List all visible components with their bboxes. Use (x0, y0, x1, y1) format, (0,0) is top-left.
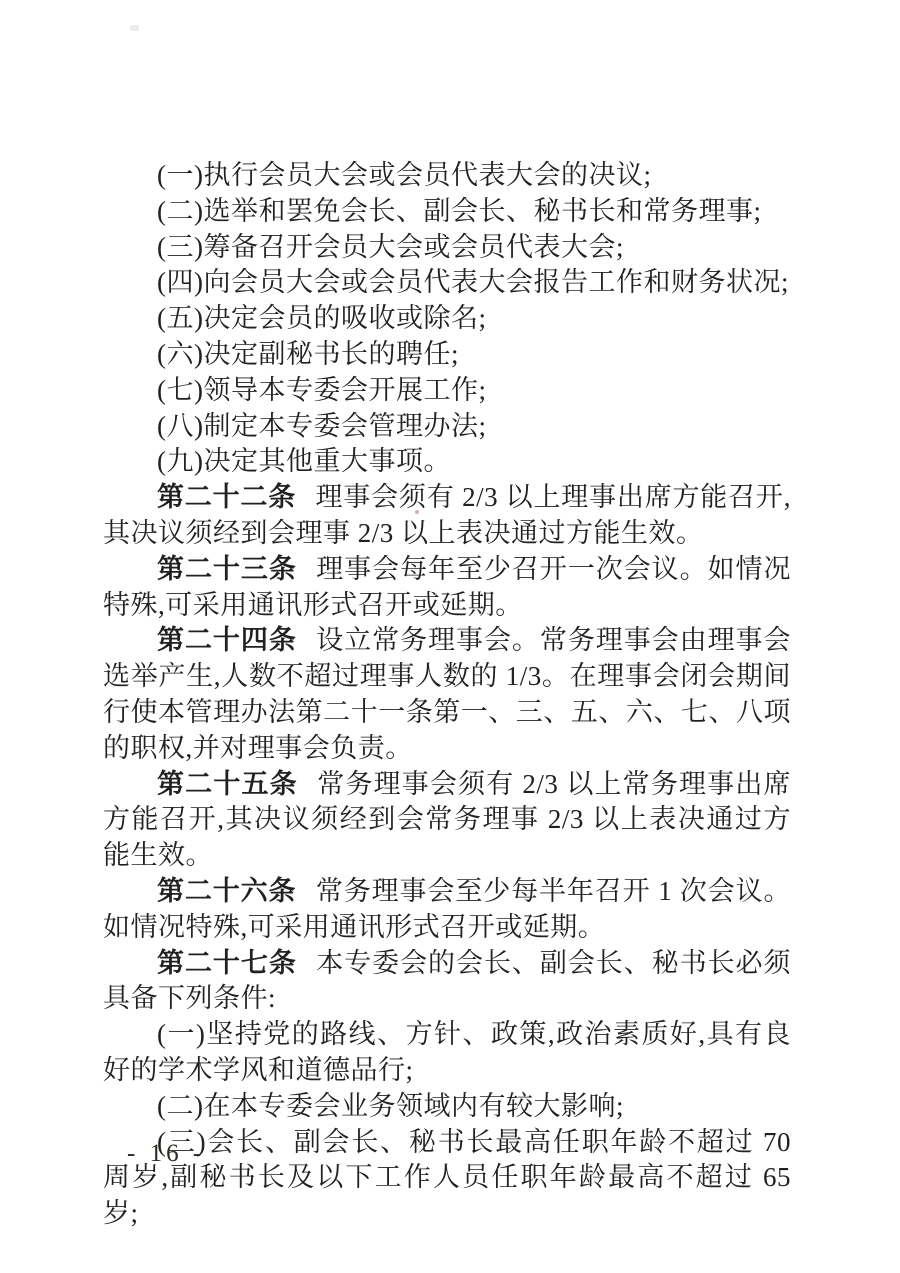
article-number: 第二十七条 (157, 948, 297, 978)
article-paragraph: 第二十四条设立常务理事会。常务理事会由理事会选举产生,人数不超过理事人数的 1/… (103, 623, 791, 766)
paragraph-text: (八)制定本专委会管理办法; (157, 411, 486, 441)
list-item-paragraph: (三)筹备召开会员大会或会员代表大会; (103, 230, 791, 266)
paragraph-text: (六)决定副秘书长的聘任; (157, 339, 459, 369)
scan-speck (415, 510, 419, 514)
paragraph-text: (九)决定其他重大事项。 (157, 446, 451, 476)
list-item-paragraph: (一)坚持党的路线、方针、政策,政治素质好,具有良好的学术学风和道德品行; (103, 1017, 791, 1089)
article-paragraph: 第二十五条常务理事会须有 2/3 以上常务理事出席方能召开,其决议须经到会常务理… (103, 767, 791, 874)
list-item-paragraph: (五)决定会员的吸收或除名; (103, 301, 791, 337)
list-item-paragraph: (一)执行会员大会或会员代表大会的决议; (103, 158, 791, 194)
list-item-paragraph: (四)向会员大会或会员代表大会报告工作和财务状况; (103, 265, 791, 301)
document-body: (一)执行会员大会或会员代表大会的决议; (二)选举和罢免会长、副会长、秘书长和… (103, 158, 791, 1232)
article-number: 第二十三条 (157, 554, 297, 584)
article-number: 第二十四条 (157, 625, 297, 655)
list-item-paragraph: (九)决定其他重大事项。 (103, 444, 791, 480)
page-number: - 16 - (127, 1140, 205, 1168)
paragraph-text: (二)选举和罢免会长、副会长、秘书长和常务理事; (157, 196, 761, 226)
paragraph-text: (七)领导本专委会开展工作; (157, 375, 486, 405)
paragraph-text: (二)在本专委会业务领域内有较大影响; (157, 1091, 624, 1121)
article-paragraph: 第二十六条常务理事会至少每半年召开 1 次会议。如情况特殊,可采用通讯形式召开或… (103, 874, 791, 946)
list-item-paragraph: (二)在本专委会业务领域内有较大影响; (103, 1089, 791, 1125)
list-item-paragraph: (八)制定本专委会管理办法; (103, 409, 791, 445)
paragraph-text: (一)执行会员大会或会员代表大会的决议; (157, 160, 651, 190)
article-paragraph: 第二十七条本专委会的会长、副会长、秘书长必须具备下列条件: (103, 946, 791, 1018)
paragraph-text: (三)筹备召开会员大会或会员代表大会; (157, 232, 624, 262)
article-paragraph: 第二十三条理事会每年至少召开一次会议。如情况特殊,可采用通讯形式召开或延期。 (103, 552, 791, 624)
scanned-document-page: (一)执行会员大会或会员代表大会的决议; (二)选举和罢免会长、副会长、秘书长和… (0, 0, 900, 1273)
article-paragraph: 第二十二条理事会须有 2/3 以上理事出席方能召开,其决议须经到会理事 2/3 … (103, 480, 791, 552)
list-item-paragraph: (七)领导本专委会开展工作; (103, 373, 791, 409)
list-item-paragraph: (三)会长、副会长、秘书长最高任职年龄不超过 70 周岁,副秘书长及以下工作人员… (103, 1125, 791, 1232)
list-item-paragraph: (二)选举和罢免会长、副会长、秘书长和常务理事; (103, 194, 791, 230)
paragraph-text: (五)决定会员的吸收或除名; (157, 303, 486, 333)
paragraph-text: (一)坚持党的路线、方针、政策,政治素质好,具有良好的学术学风和道德品行; (103, 1019, 791, 1085)
article-number: 第二十五条 (157, 769, 298, 799)
article-number: 第二十二条 (157, 482, 296, 512)
paragraph-text: (四)向会员大会或会员代表大会报告工作和财务状况; (157, 267, 789, 297)
article-number: 第二十六条 (157, 876, 296, 906)
scan-speck (130, 25, 139, 31)
paragraph-text: (三)会长、副会长、秘书长最高任职年龄不超过 70 周岁,副秘书长及以下工作人员… (103, 1127, 791, 1229)
list-item-paragraph: (六)决定副秘书长的聘任; (103, 337, 791, 373)
